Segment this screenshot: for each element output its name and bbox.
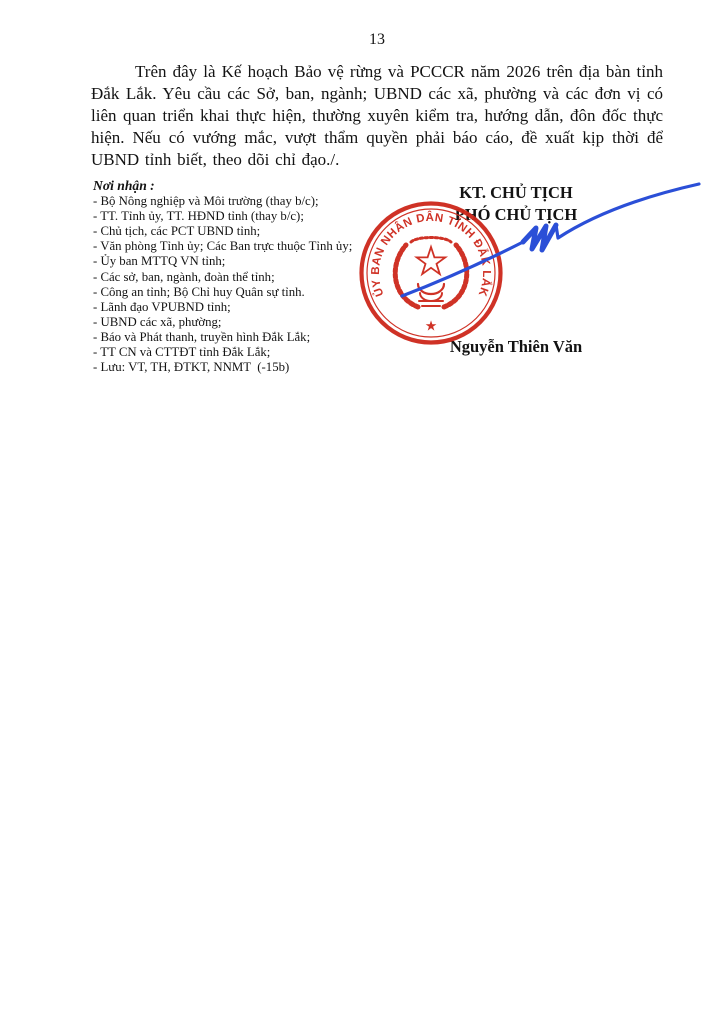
signature-stroke: [402, 184, 699, 296]
signature-flourish: [523, 225, 556, 250]
recipients-label: Nơi nhận :: [93, 178, 423, 193]
handwritten-signature: [390, 170, 710, 305]
document-page: 13 Trên đây là Kế hoạch Bảo vệ rừng và P…: [0, 0, 724, 1024]
seal-bottom-star: ★: [425, 320, 438, 335]
body-paragraph: Trên đây là Kế hoạch Bảo vệ rừng và PCCC…: [91, 61, 663, 171]
page-number: 13: [91, 31, 663, 49]
recipient-item: - Lưu: VT, TH, ĐTKT, NNMT (-15b): [93, 360, 423, 375]
